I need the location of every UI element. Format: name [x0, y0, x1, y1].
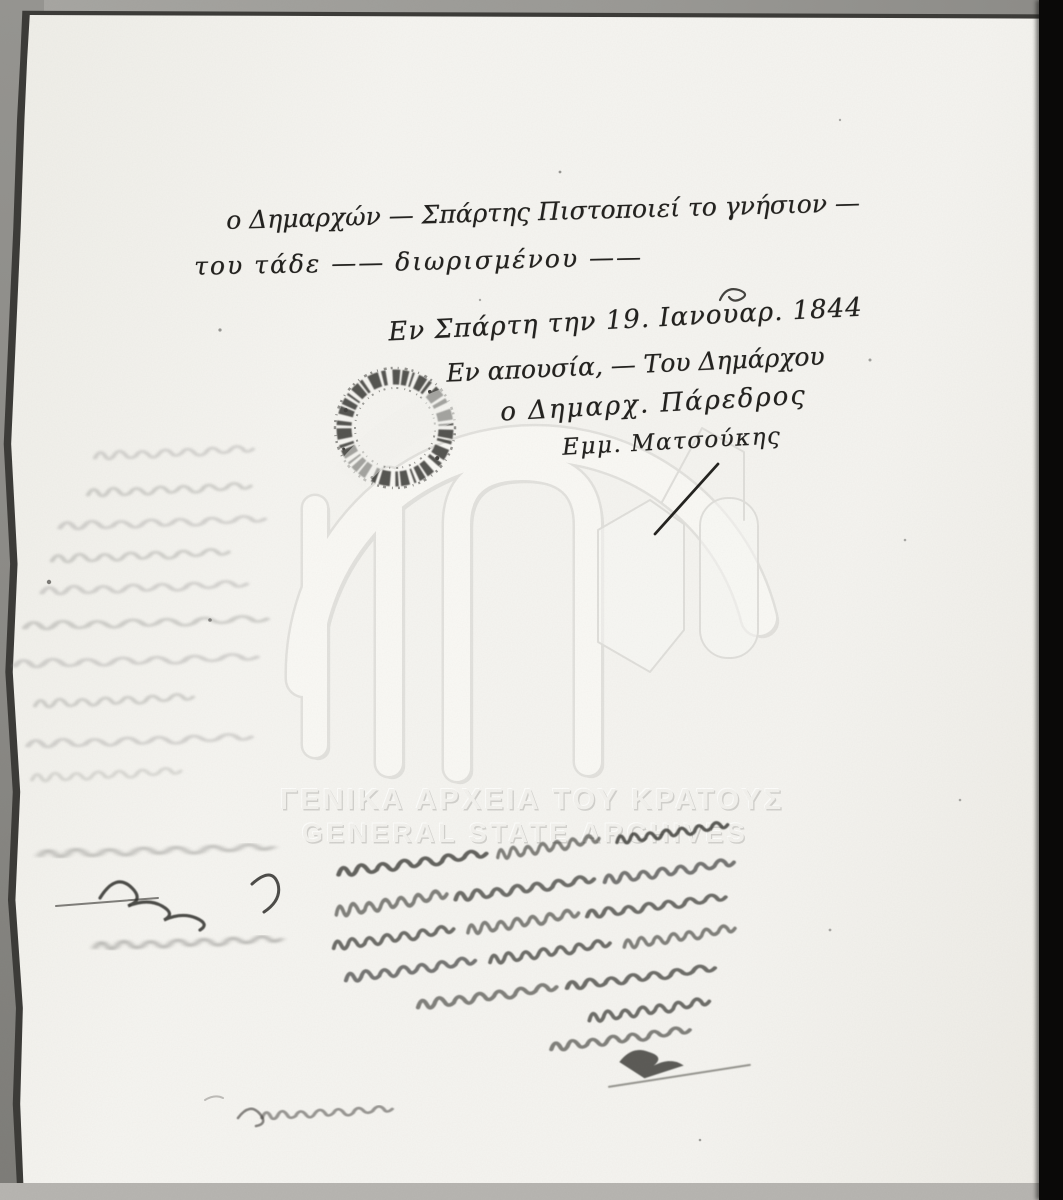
scan-edge-strip-right — [1039, 0, 1063, 1200]
scan-grain — [0, 0, 1063, 1200]
ink-overlay — [0, 0, 1063, 1200]
archival-document-scan: ΓΕΝΙΚΑ ΑΡΧΕΙΑ ΤΟΥ ΚΡΑΤΟΥΣ GENERAL STATE … — [0, 0, 1063, 1200]
